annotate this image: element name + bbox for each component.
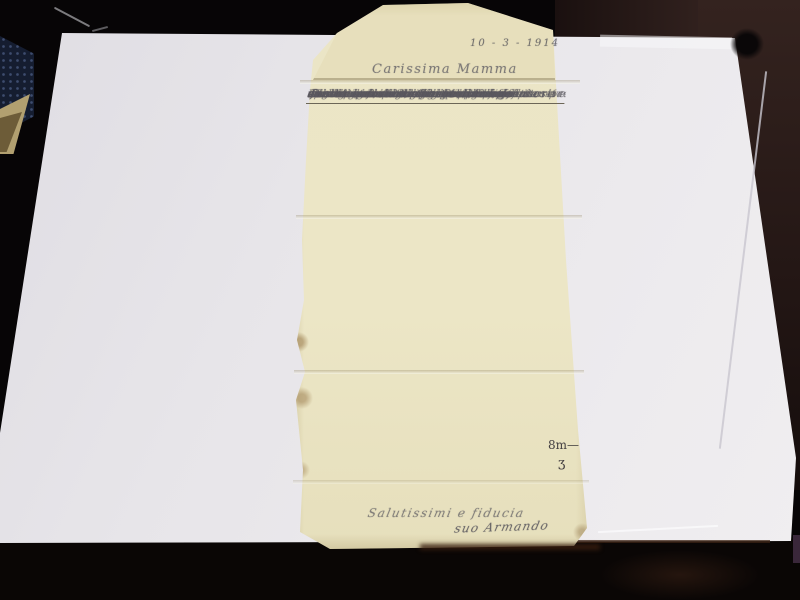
scratch-mark — [92, 26, 108, 32]
photograph: 10 - 3 - 1914 Carissima Mamma Dal agosto… — [0, 0, 800, 600]
table-edge-detail — [793, 535, 800, 563]
letter-line: famigliari, invio abbraccio affett. e ba… — [306, 86, 567, 104]
shadow-blob — [730, 28, 764, 60]
letter-closing: Salutissimi e fiducia — [367, 506, 527, 520]
margin-ink-mark: ʒ — [558, 456, 565, 471]
scratch-mark — [54, 7, 90, 28]
table-highlight — [600, 550, 760, 600]
letter-body: Dal agosto ad 13 a dubbio ancora in vano… — [306, 86, 564, 506]
letter-salutation: Carissima Mamma — [372, 62, 518, 77]
margin-ink-mark: 8m— — [548, 438, 579, 452]
letter-shadow — [420, 544, 600, 550]
fold-crease — [300, 80, 580, 84]
letter-date: 10 - 3 - 1914 — [430, 38, 560, 49]
